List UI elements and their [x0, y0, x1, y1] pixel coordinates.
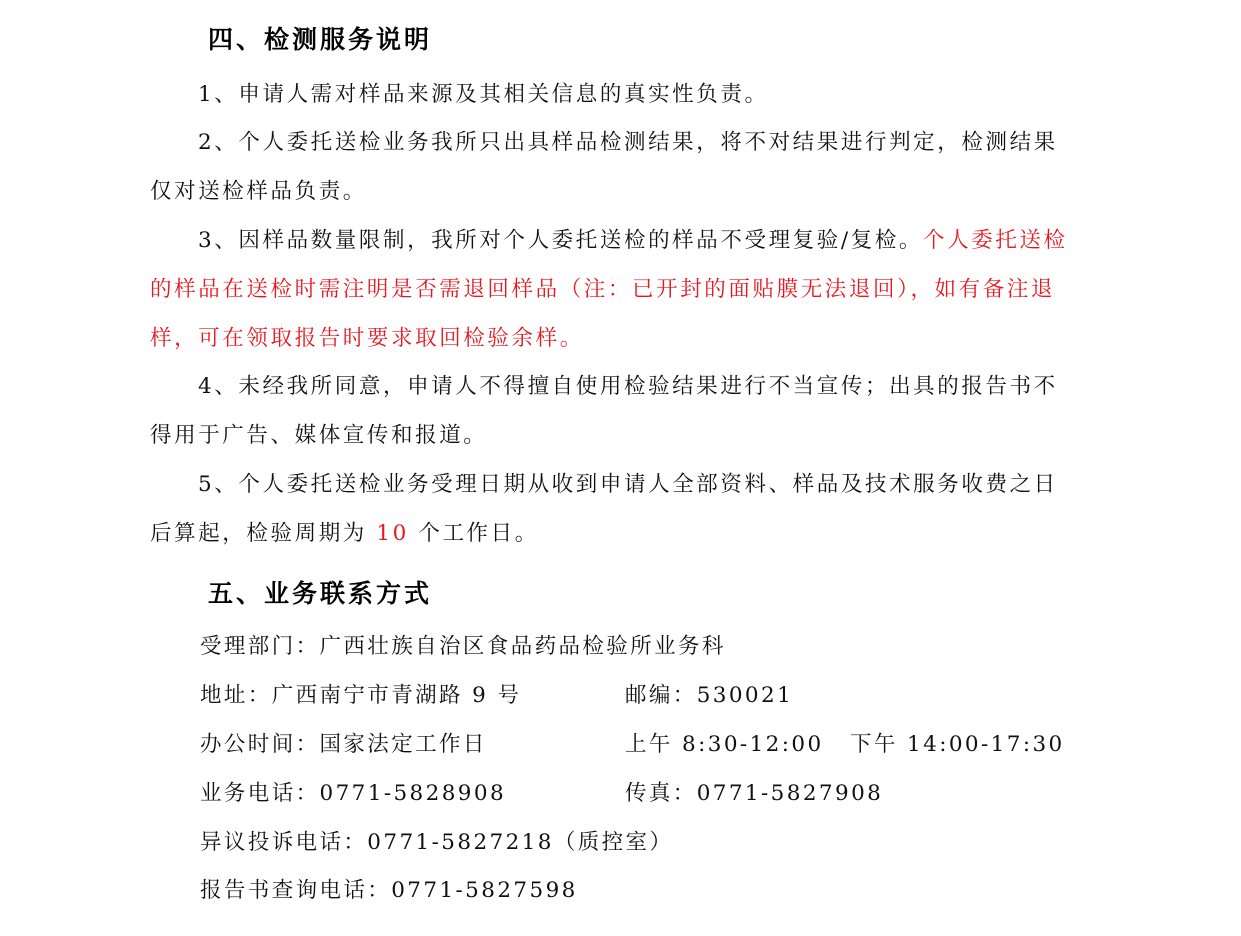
inspection-period-days: 10 — [376, 521, 409, 546]
item-5-line-1: 5、个人委托送检业务受理日期从收到申请人全部资料、样品及技术服务收费之日 — [198, 470, 1058, 500]
item-4-line-2: 得用于广告、媒体宣传和报道。 — [150, 421, 487, 451]
department: 受理部门：广西壮族自治区食品药品检验所业务科 — [200, 632, 726, 662]
item-2-line-1: 2、个人委托送检业务我所只出具样品检测结果，将不对结果进行判定，检测结果 — [198, 128, 1058, 158]
afternoon-hours: 下午 14:00-17:30 — [850, 730, 1065, 760]
item-3-red-note-line-3: 样，可在领取报告时要求取回检验余样。 — [150, 324, 584, 354]
complaint-phone: 异议投诉电话：0771-5827218（质控室） — [200, 828, 673, 858]
item-5-line-2: 后算起，检验周期为 10 个工作日。 — [150, 519, 539, 549]
item-5-suffix: 个工作日。 — [418, 521, 539, 546]
office-hours-label: 办公时间：国家法定工作日 — [200, 730, 487, 760]
document-page: 四、检测服务说明 1、申请人需对样品来源及其相关信息的真实性负责。 2、个人委托… — [0, 0, 1241, 936]
postcode: 邮编：530021 — [625, 681, 793, 711]
item-1-line-1: 1、申请人需对样品来源及其相关信息的真实性负责。 — [198, 80, 769, 110]
fax: 传真：0771-5827908 — [625, 779, 883, 809]
section-5-title: 五、业务联系方式 — [208, 574, 432, 610]
morning-hours: 上午 8:30-12:00 — [625, 730, 824, 760]
report-query-phone: 报告书查询电话：0771-5827598 — [200, 876, 578, 906]
business-phone: 业务电话：0771-5828908 — [200, 779, 506, 809]
item-2-line-2: 仅对送检样品负责。 — [150, 177, 367, 207]
item-4-line-1: 4、未经我所同意，申请人不得擅自使用检验结果进行不当宣传；出具的报告书不 — [198, 372, 1058, 402]
item-3-text: 3、因样品数量限制，我所对个人委托送检的样品不受理复验/复检。 — [198, 228, 923, 253]
item-3-red-note-line-2: 的样品在送检时需注明是否需退回样品（注：已开封的面贴膜无法退回），如有备注退 — [150, 275, 1055, 305]
item-3-red-note-start: 个人委托送检 — [923, 228, 1068, 253]
address: 地址：广西南宁市青湖路 9 号 — [200, 681, 521, 711]
item-5-prefix: 后算起，检验周期为 — [150, 521, 367, 546]
section-4-title: 四、检测服务说明 — [208, 20, 432, 56]
item-3-line-1: 3、因样品数量限制，我所对个人委托送检的样品不受理复验/复检。个人委托送检 — [198, 226, 1068, 256]
